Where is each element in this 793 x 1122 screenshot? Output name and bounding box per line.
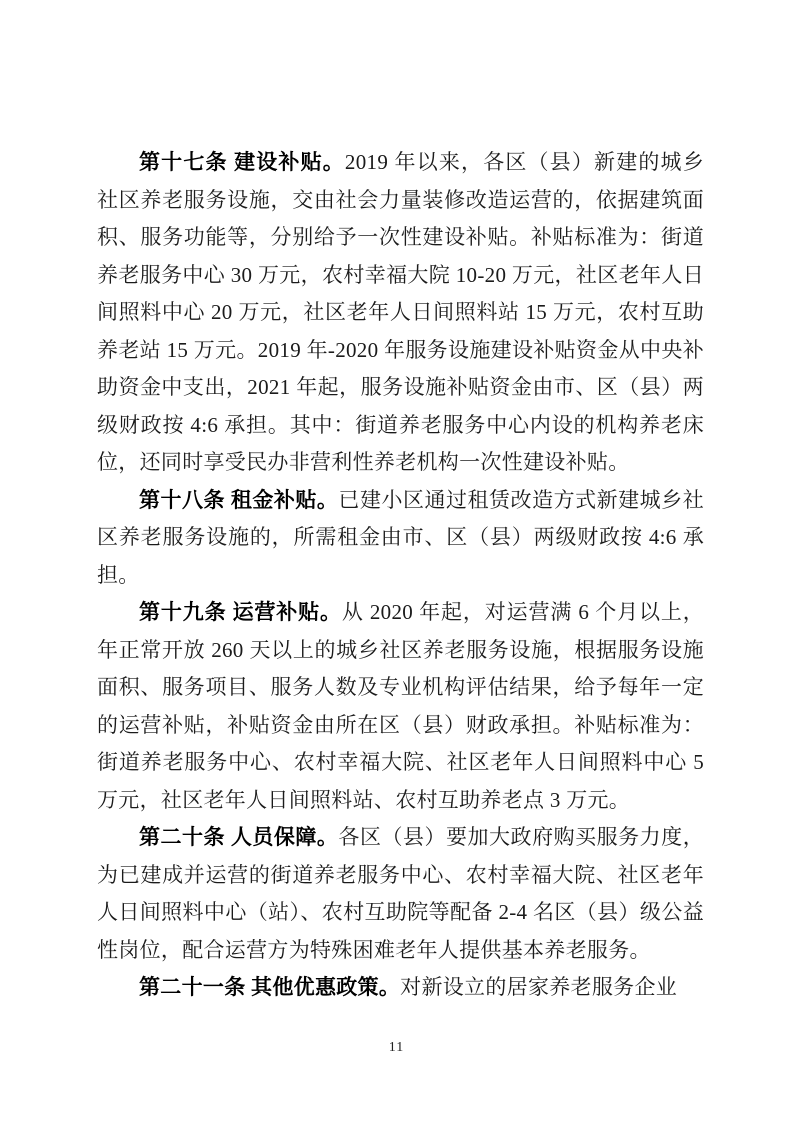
article-19-heading: 第十九条 运营补贴。 <box>139 600 342 624</box>
article-21-paragraph: 第二十一条 其他优惠政策。对新设立的居家养老服务企业 <box>97 969 704 1007</box>
document-page: 第十七条 建设补贴。2019 年以来，各区（县）新建的城乡社区养老服务设施，交由… <box>0 0 793 1122</box>
article-20-heading: 第二十条 人员保障。 <box>139 825 338 849</box>
article-17-heading: 第十七条 建设补贴。 <box>139 150 345 174</box>
article-17-paragraph: 第十七条 建设补贴。2019 年以来，各区（县）新建的城乡社区养老服务设施，交由… <box>97 144 704 482</box>
article-20-paragraph: 第二十条 人员保障。各区（县）要加大政府购买服务力度，为已建成并运营的街道养老服… <box>97 819 704 969</box>
article-19-paragraph: 第十九条 运营补贴。从 2020 年起，对运营满 6 个月以上，年正常开放 26… <box>97 594 704 819</box>
article-21-heading: 第二十一条 其他优惠政策。 <box>139 975 400 999</box>
article-18-paragraph: 第十八条 租金补贴。已建小区通过租赁改造方式新建城乡社区养老服务设施的，所需租金… <box>97 482 704 595</box>
document-body: 第十七条 建设补贴。2019 年以来，各区（县）新建的城乡社区养老服务设施，交由… <box>97 144 704 1007</box>
article-18-heading: 第十八条 租金补贴。 <box>139 488 338 512</box>
article-21-body: 对新设立的居家养老服务企业 <box>400 975 677 999</box>
article-17-body: 2019 年以来，各区（县）新建的城乡社区养老服务设施，交由社会力量装修改造运营… <box>97 150 704 474</box>
page-number: 11 <box>0 1040 793 1056</box>
article-19-body: 从 2020 年起，对运营满 6 个月以上，年正常开放 260 天以上的城乡社区… <box>97 600 704 812</box>
